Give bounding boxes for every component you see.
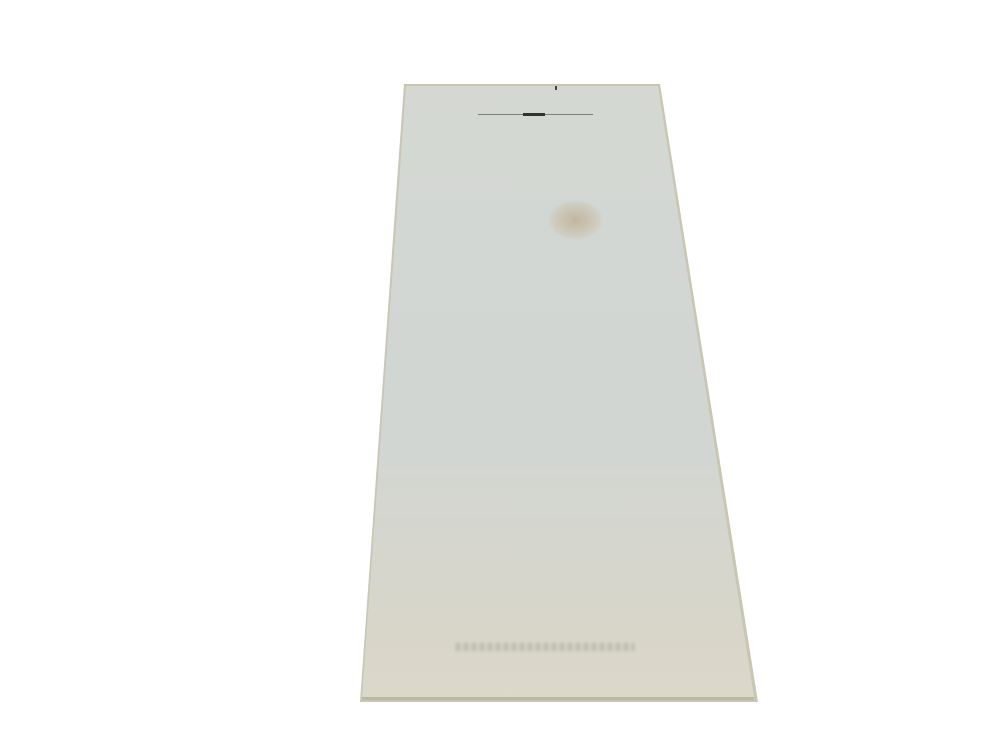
- payroll-voucher-sheet: [0, 0, 1000, 746]
- paper-bottom-edge: [362, 697, 754, 700]
- title-rule-ornament: [523, 113, 545, 116]
- paper-stain: [548, 200, 603, 240]
- ink-mark: [555, 86, 557, 90]
- bleed-through-text: [455, 643, 635, 651]
